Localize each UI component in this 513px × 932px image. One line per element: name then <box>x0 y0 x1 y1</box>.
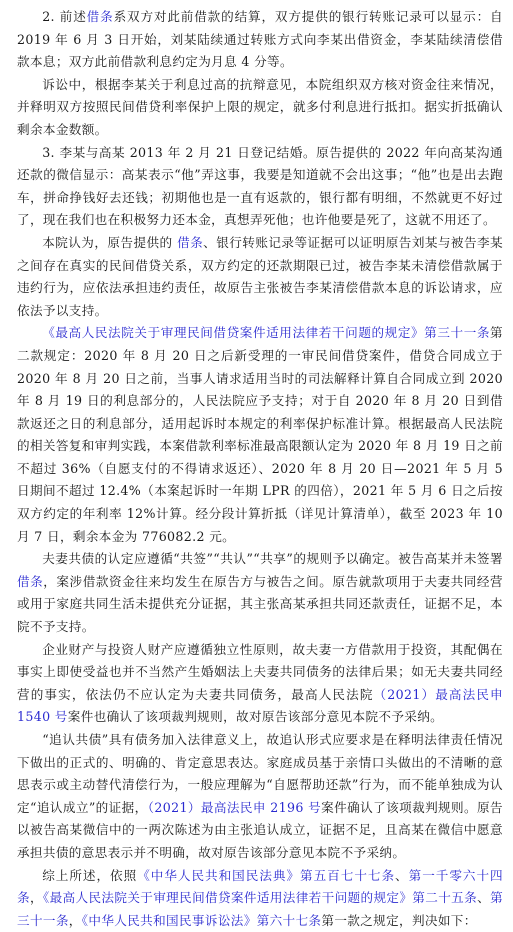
paragraph-text: ，案涉借款资金往来均发生在原告方与被告之间。原告就款项用于夫妻共同经营或用于家庭… <box>17 574 503 634</box>
paragraph-p6: 夫妻共债的认定应遵循“共签”“共认”“共享”的规则予以确定。被告高某并未签署借条… <box>17 548 503 638</box>
paragraph-text: 2. 前述 <box>42 9 86 24</box>
paragraph-p4: 本院认为，原告提供的 借条、银行转账记录等证据可以证明原告刘某与被告李某之间存在… <box>17 232 503 322</box>
paragraph-p7: 企业财产与投资人财产应遵循独立性原则，故夫妻一方借款用于投资，其配偶在事实上即使… <box>17 639 503 711</box>
paragraph-p3: 3. 李某与高某 2013 年 2 月 21 日登记结婚。原告提供的 2022 … <box>17 142 503 232</box>
paragraph-text: 本院认为，原告提供的 <box>42 235 177 250</box>
paragraph-text: 3. 李某与高某 2013 年 2 月 21 日登记结婚。原告提供的 2022 … <box>17 145 503 228</box>
legal-reference-link[interactable]: 借条 <box>87 9 114 24</box>
paragraph-p1: 2. 前述借条系双方对此前借款的结算，双方提供的银行转账记录可以显示：自 201… <box>17 6 503 74</box>
paragraph-p5: 《最高人民法院关于审理民间借贷案件适用法律若干问题的规定》第三十一条第二款规定：… <box>17 322 503 548</box>
paragraph-text: 第二款规定：2020 年 8 月 20 日之后新受理的一审民间借贷案件，借贷合同… <box>17 325 503 543</box>
judgment-document-body: 2. 前述借条系双方对此前借款的结算，双方提供的银行转账记录可以显示：自 201… <box>17 6 503 711</box>
paragraph-text: 夫妻共债的认定应遵循“共签”“共认”“共享”的规则予以确定。被告高某并未签署 <box>42 551 503 566</box>
legal-reference-link[interactable]: 《最高人民法院关于审理民间借贷案件适用法律若干问题的规定》第三十一条 <box>42 325 490 340</box>
paragraph-text: 诉讼中，根据李某关于利息过高的抗辩意见，本院组织双方核对资金往来情况，并释明双方… <box>17 77 503 137</box>
paragraph-p2: 诉讼中，根据李某关于利息过高的抗辩意见，本院组织双方核对资金往来情况，并释明双方… <box>17 74 503 142</box>
legal-reference-link[interactable]: 借条 <box>177 235 203 250</box>
legal-reference-link[interactable]: 借条 <box>17 574 43 589</box>
